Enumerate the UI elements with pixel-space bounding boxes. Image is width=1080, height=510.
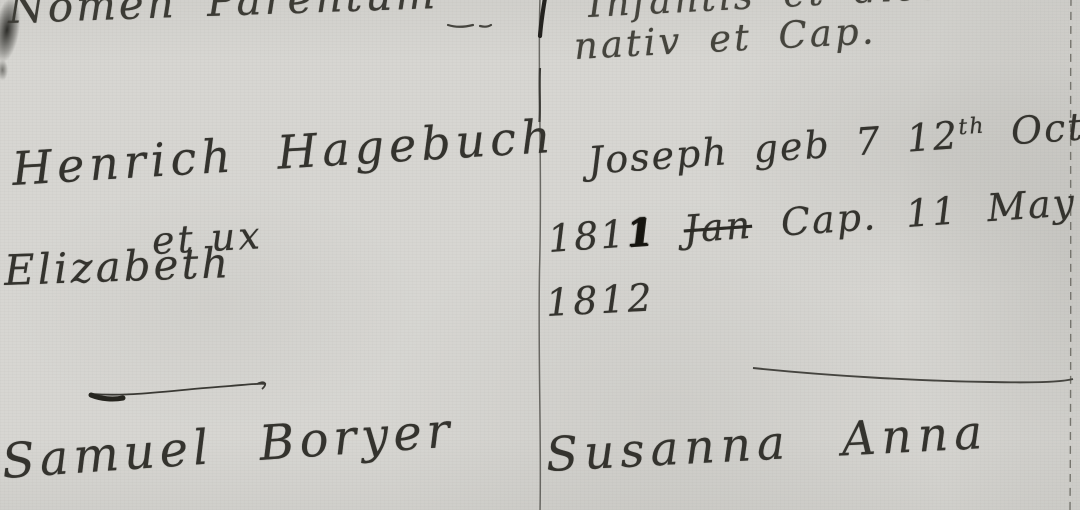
right-margin-rule xyxy=(1070,0,1071,510)
entry1-mother-name: Elizabeth xyxy=(3,242,232,292)
entry1-born-ordinal: th xyxy=(958,114,987,141)
register-page: Nomen Parentum Henrich Hagebuch et ux El… xyxy=(0,0,1080,510)
left-entry-divider-blob xyxy=(91,395,123,399)
right-entry-divider-stroke xyxy=(753,368,1073,382)
entry1-baptism-year: 1812 xyxy=(545,278,656,322)
entry1-struck-word: Jan xyxy=(682,203,753,252)
column-divider-rule-bold-top xyxy=(540,0,545,36)
entry1-born-year-blotted-digit: 1 xyxy=(625,209,657,256)
entry1-born-month: Octo. xyxy=(1009,102,1080,154)
entry1-born-year-prefix: 181 xyxy=(546,212,627,261)
header-trailing-flourish-stroke xyxy=(448,25,491,27)
left-entry-divider-stroke xyxy=(92,384,266,395)
